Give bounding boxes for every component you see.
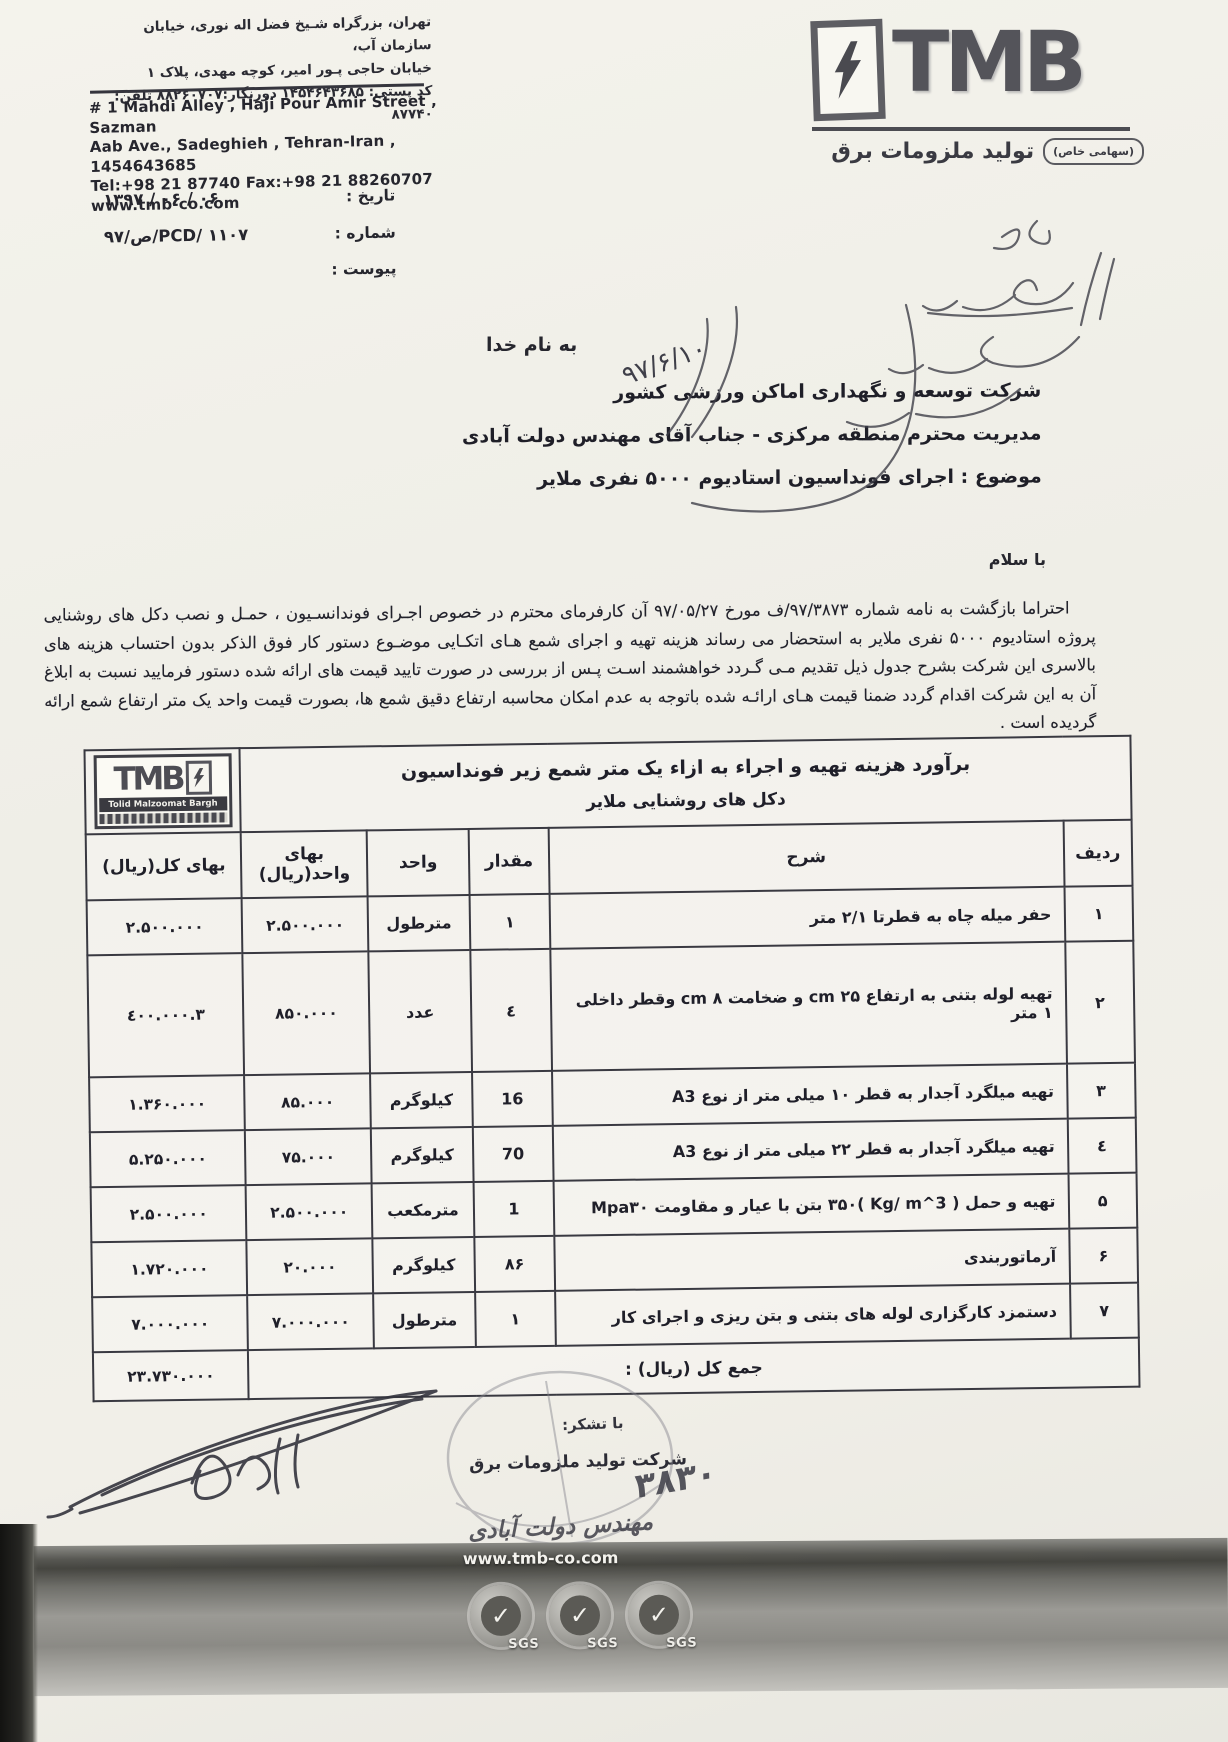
cell-total-price: ۲.۵۰۰.۰۰۰ [87, 898, 243, 955]
cell-quantity: ٤ [470, 949, 552, 1072]
cell-unit-price: ۲.۵۰۰.۰۰۰ [242, 896, 368, 953]
table-logo-cell: TMB Tolid Malzoomat Bargh [85, 748, 242, 834]
logo-subtitle: تولید ملزومات برق [831, 139, 1034, 164]
cost-estimate-table: برآورد هزینه تهیه و اجراء به ازاء یک متر… [83, 735, 1140, 1403]
cell-quantity: 16 [472, 1071, 553, 1127]
cell-unit: کیلوگرم [370, 1072, 473, 1128]
cell-unit-price: ۲۰.۰۰۰ [247, 1238, 373, 1295]
number-value: ۹۷/ص/PCD/ ۱۱۰۷ [104, 225, 249, 247]
cell-total-price: ۵.۲۵۰.۰۰۰ [90, 1130, 246, 1187]
cell-row-number: ۱ [1064, 886, 1133, 942]
cell-description: تهیه و حمل ( Kg/ m^3 )۳۵۰ بتن با عیار و … [553, 1174, 1068, 1236]
cell-unit: عدد [368, 950, 472, 1073]
cell-description: دستمزد کارگزاری لوله های بتنی و بتن ریزی… [555, 1284, 1070, 1346]
header-row-number: ردیف [1063, 820, 1132, 887]
table-row: ۲ تهیه لوله بتنی به ارتفاع ۲۵ cm و ضخامت… [87, 941, 1135, 1078]
header-total-price: بهای کل(ریال) [86, 832, 242, 900]
cell-total-price: ۱.۷۲۰.۰۰۰ [91, 1240, 247, 1297]
attachment-row: پیوست : [104, 259, 396, 282]
cell-description: تهیه لوله بتنی به ارتفاع ۲۵ cm و ضخامت ۸… [550, 942, 1066, 1071]
cell-unit: کیلوگرم [372, 1237, 475, 1293]
cell-unit-price: ۸۵.۰۰۰ [244, 1073, 370, 1130]
check-icon: ✓ [570, 1601, 590, 1629]
letter-body: احتراما بازگشت به نامه شماره ۹۷/۳۸۷۳/ف م… [44, 594, 1097, 744]
cell-unit-price: ۸۵۰.۰۰۰ [243, 951, 370, 1075]
mini-logo-caption: Tolid Malzoomat Bargh [99, 796, 227, 812]
check-icon: ✓ [491, 1602, 511, 1630]
bismillah: به نام خدا [486, 334, 577, 356]
cell-quantity: ۸۶ [474, 1236, 555, 1292]
mini-lightning-bolt-icon [185, 761, 211, 795]
cell-row-number: ۵ [1068, 1173, 1137, 1229]
cell-row-number: ۲ [1065, 941, 1135, 1064]
table-subtitle: دکل های روشنایی ملایر [243, 785, 1130, 817]
sgs-badge: ✓ SGS [628, 1584, 690, 1646]
cell-total-price: ۷.۰۰۰.۰۰۰ [92, 1295, 248, 1352]
cell-total-price: ۳.٤۰۰.۰۰۰ [87, 953, 244, 1077]
cell-unit: مترطول [373, 1292, 476, 1348]
mini-company-logo: TMB Tolid Malzoomat Bargh [93, 753, 232, 829]
company-logo: TMB (سهامی خاص) تولید ملزومات برق [812, 20, 1144, 165]
mini-logo-stripes [99, 812, 227, 824]
logo-subtitle-note: (سهامی خاص) [1043, 138, 1144, 165]
scanned-letter-page: تهران، بزرگراه شـیخ فضل اله نوری، خیابان… [0, 0, 1228, 1742]
cell-quantity: ۱ [470, 894, 551, 950]
certification-badges: ✓ SGS ✓ SGS ✓ SGS [470, 1584, 690, 1648]
cell-description: آرماتوربندی [554, 1229, 1069, 1291]
cell-total-price: ۲.۵۰۰.۰۰۰ [91, 1185, 247, 1242]
date-row: ۱۳۹۷ / ۰۶ / ۰۶ تاریخ : [103, 185, 395, 209]
footer-band: www.tmb-co.com ✓ SGS ✓ SGS ✓ SGS [33, 1538, 1228, 1696]
scan-edge-shadow [0, 1524, 38, 1742]
cell-quantity: ۱ [475, 1291, 556, 1347]
sgs-badge-label: SGS [666, 1636, 697, 1651]
cell-description: حفر میله چاه به قطرتا ۲/۱ متر [549, 887, 1064, 949]
logo-rule [812, 127, 1130, 131]
header-unit-price: بهای واحد(ریال) [241, 830, 368, 898]
cell-unit: مترطول [368, 895, 471, 951]
logo-acronym: TMB [892, 20, 1082, 104]
number-label: شماره : [335, 223, 396, 242]
signature-icon [48, 1391, 436, 1517]
sgs-badge: ✓ SGS [549, 1584, 611, 1646]
cell-quantity: 70 [473, 1126, 554, 1182]
handwritten-approval-note: ۹۷/۶/۱۰ [590, 195, 1135, 525]
address-fa-line: تهران، بزرگراه شـیخ فضل اله نوری، خیابان… [91, 11, 432, 63]
letter-meta: ۱۳۹۷ / ۰۶ / ۰۶ تاریخ : ۹۷/ص/PCD/ ۱۱۰۷ شم… [103, 185, 397, 300]
salutation: با سلام [989, 550, 1046, 569]
cell-unit-price: ۷۵.۰۰۰ [245, 1128, 371, 1185]
attachment-label: پیوست : [331, 259, 396, 278]
lightning-bolt-icon [810, 19, 885, 121]
check-icon: ✓ [649, 1601, 669, 1629]
cell-total-price: ۱.۳۶۰.۰۰۰ [89, 1075, 245, 1132]
cell-quantity: 1 [474, 1181, 555, 1237]
table-body: ۱ حفر میله چاه به قطرتا ۲/۱ متر ۱ مترطول… [87, 886, 1139, 1353]
cell-row-number: ۷ [1070, 1283, 1139, 1339]
table-title-row: برآورد هزینه تهیه و اجراء به ازاء یک متر… [85, 736, 1132, 835]
header-quantity: مقدار [469, 828, 550, 895]
cell-row-number: ۳ [1067, 1063, 1136, 1119]
footer-website: www.tmb-co.com [426, 1548, 656, 1569]
cell-unit: مترمکعب [372, 1182, 475, 1238]
cell-row-number: ۶ [1069, 1228, 1138, 1284]
sgs-badge: ✓ SGS [470, 1585, 532, 1647]
sgs-badge-label: SGS [587, 1636, 618, 1651]
date-value: ۱۳۹۷ / ۰۶ / ۰۶ [103, 189, 219, 210]
table-title: برآورد هزینه تهیه و اجراء به ازاء یک متر… [242, 751, 1129, 785]
number-row: ۹۷/ص/PCD/ ۱۱۰۷ شماره : [104, 222, 396, 246]
header-description: شرح [548, 821, 1064, 894]
cell-row-number: ٤ [1067, 1118, 1136, 1174]
table-title-cell: برآورد هزینه تهیه و اجراء به ازاء یک متر… [240, 736, 1132, 832]
cell-description: تهیه میلگرد آجدار به قطر ۱۰ میلی متر از … [552, 1064, 1067, 1126]
mini-logo-acronym: TMB [113, 759, 183, 798]
header-unit: واحد [367, 829, 470, 896]
sgs-badge-label: SGS [508, 1637, 539, 1652]
cell-description: تهیه میلگرد آجدار به قطر ۲۲ میلی متر از … [553, 1119, 1068, 1181]
cell-unit: کیلوگرم [371, 1127, 474, 1183]
cell-unit-price: ۲.۵۰۰.۰۰۰ [246, 1183, 372, 1240]
date-label: تاریخ : [346, 186, 395, 205]
cell-unit-price: ۷.۰۰۰.۰۰۰ [248, 1293, 374, 1350]
